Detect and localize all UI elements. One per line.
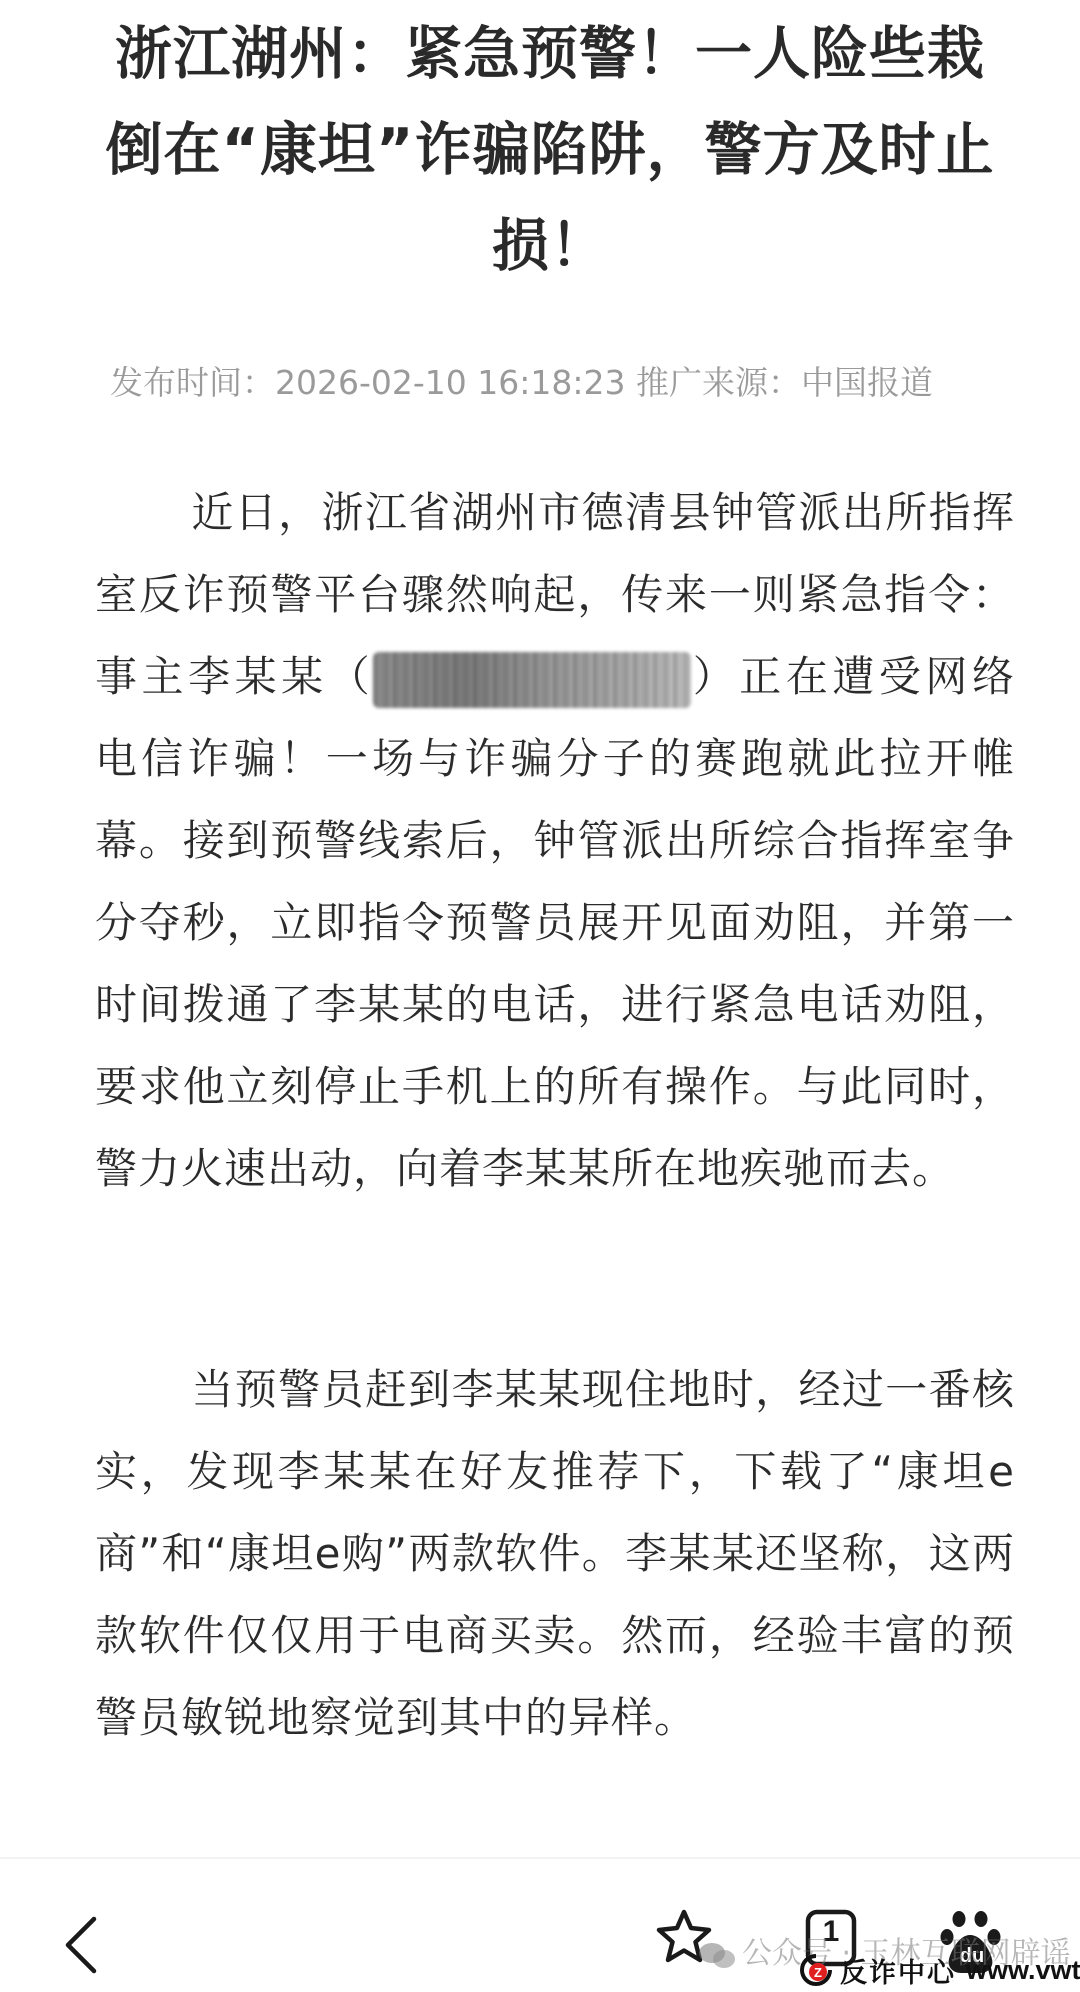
paragraph-2-text: 当预警员赶到李某某现住地时，经过一番核实，发现李某某在好友推荐下，下载了“康坦e…: [95, 1365, 1015, 1742]
paragraph-2: 当预警员赶到李某某现住地时，经过一番核实，发现李某某在好友推荐下，下载了“康坦e…: [95, 1349, 1015, 1759]
close-paren: ）: [693, 636, 736, 718]
site-url: www.vwt.cc: [966, 1955, 1080, 1986]
open-paren: （: [328, 636, 371, 718]
back-button[interactable]: [62, 1909, 112, 1979]
tabs-count: 1: [805, 1915, 857, 1949]
star-icon: [654, 1907, 714, 1967]
article-title: 浙江湖州：紧急预警！一人险些栽倒在“康坦”诈骗陷阱，警方及时止损！: [100, 6, 1000, 294]
chevron-left-icon: [62, 1909, 112, 1979]
publish-time: 2026-02-10 16:18:23: [275, 363, 625, 402]
article-meta: 发布时间：2026-02-10 16:18:23 推广来源：中国报道: [110, 357, 1010, 404]
source-label: 推广来源：: [636, 363, 801, 402]
publish-time-label: 发布时间：: [110, 363, 275, 402]
site-watermark: Z 反诈中心 www.vwt.cc: [800, 1950, 1080, 1990]
favorite-button[interactable]: [654, 1907, 714, 1967]
site-name: 反诈中心: [840, 1951, 956, 1990]
redacted-personal-info: [373, 652, 691, 708]
paragraph-1-part2: 正在遭受网络电信诈骗！一场与诈骗分子的赛跑就此拉开帷幕。接到预警线索后，钟管派出…: [95, 652, 1015, 1193]
source: 中国报道: [801, 363, 933, 402]
site-logo-icon: Z: [800, 1954, 832, 1986]
svg-text:Z: Z: [814, 1965, 822, 1980]
paragraph-1: 近日，浙江省湖州市德清县钟管派出所指挥室反诈预警平台骤然响起，传来一则紧急指令：…: [95, 472, 1015, 1210]
